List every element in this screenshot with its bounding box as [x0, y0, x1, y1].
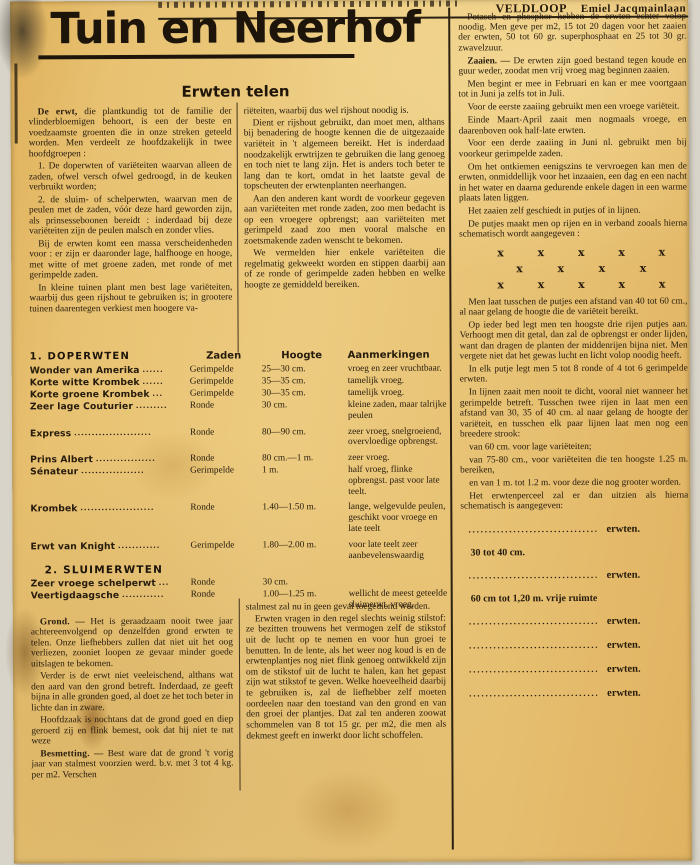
- table-row: Korte groene Krombek... Gerimpelde 30—35…: [30, 388, 447, 401]
- height-value: 1.00—1.25 m.: [261, 589, 345, 600]
- scheme-mark: x: [497, 247, 504, 258]
- leader-dots: ...: [153, 389, 188, 400]
- scheme-label: erwten.: [607, 688, 641, 699]
- paragraph-text: Voor een derde zaaiing in Juni nl. gebru…: [459, 138, 687, 159]
- paragraph: Op ieder bed legt men ten hoogste drie r…: [460, 319, 688, 362]
- paragraph: Erwten vragen in den regel slechts weini…: [246, 613, 447, 741]
- plot-scheme: .................................... erw…: [460, 523, 689, 700]
- seed-type: Ronde: [189, 578, 261, 589]
- paragraph-text: Aan den anderen kant wordt de voorkeur g…: [244, 193, 445, 246]
- scheme-mark: x: [659, 278, 666, 289]
- leader-dots: ............: [122, 590, 189, 601]
- paragraph-text: Men begint er mee in Februari en kan er …: [459, 78, 687, 99]
- leader-dots: .................: [96, 454, 188, 465]
- variety-name: Korte groene Krombek: [30, 389, 150, 401]
- paragraph: stalmest zal nu in geen geval toegediend…: [246, 601, 446, 612]
- paragraph-text: Men laat tusschen de putjes een afstand …: [459, 296, 687, 317]
- leader-dots: ..................: [81, 466, 188, 477]
- paragraph: Verder is de erwt niet veeleischend, alt…: [31, 671, 233, 714]
- table-row: Korte witte Krombek...... Gerimpelde 35—…: [30, 376, 447, 389]
- variety-name: Krombek: [30, 504, 77, 515]
- table-row: Prins Albert................. Ronde 80 c…: [30, 453, 447, 466]
- column-header-aanmerkingen: Aanmerkingen: [344, 350, 430, 361]
- height-value: 30—35 cm.: [260, 388, 344, 399]
- paragraph-text: In lijnen zaait men nooit te dicht, voor…: [460, 387, 688, 440]
- remarks: kleine zaden, maar talrijke peulen: [344, 400, 447, 422]
- article-subtitle: Erwten telen: [28, 82, 442, 102]
- leader-dots: ......: [143, 365, 188, 376]
- remarks: lange, welgevulde peulen, geschikt voor …: [344, 502, 447, 535]
- dotted-line: ....................................: [469, 571, 597, 582]
- paragraph-text: De putjes maakt men op rijen en in verba…: [459, 218, 687, 239]
- paragraph: In kleine tuinen plant men best lage var…: [29, 282, 232, 315]
- paragraph-text: Hoofdzaak is nochtans dat de grond goed …: [31, 715, 233, 747]
- table-row: Zeer lage Couturier......... Ronde 30 cm…: [30, 400, 447, 423]
- paragraph: Voor de eerste zaaiing gebruikt men een …: [459, 102, 687, 113]
- table-row: Erwt van Knight............ Gerimpelde 1…: [30, 539, 447, 562]
- scheme-label: erwten.: [607, 664, 641, 675]
- seed-type: Ronde: [188, 427, 260, 438]
- variety-name: Prins Albert: [30, 454, 93, 465]
- scheme-mark: x: [599, 263, 606, 274]
- leader-dots: .........: [136, 401, 188, 412]
- column-rule: [239, 598, 241, 790]
- paragraph: van 75-80 cm., voor variëteiten die ten …: [460, 454, 688, 476]
- leader-dots: ......: [143, 377, 188, 388]
- masthead-rule: [38, 54, 354, 59]
- paragraph-text: stalmest zal nu in geen geval toegediend…: [246, 601, 430, 612]
- right-column: Potasch en phosphor hebben de erwten ech…: [458, 9, 690, 856]
- paragraph: Om het ontkiemen eenigszins te vervroege…: [459, 161, 687, 204]
- leader-dots: ...: [159, 578, 189, 589]
- masthead: Tuin en Neerhof Erwten telen: [28, 6, 442, 102]
- height-value: 25—30 cm.: [260, 364, 344, 375]
- seed-type: Gerimpelde: [188, 466, 260, 477]
- paragraph: Het zaaien zelf geschiedt in putjes of i…: [459, 205, 687, 216]
- scheme-mark: x: [640, 262, 647, 273]
- remarks: zeer vroeg.: [344, 453, 447, 464]
- paragraph: Men laat tusschen de putjes een afstand …: [459, 296, 687, 318]
- scheme-mark: x: [557, 263, 564, 274]
- seed-type: Gerimpelde: [188, 364, 260, 375]
- height-value: 80 cm.—1 m.: [260, 453, 344, 464]
- leader-dots: ............: [118, 541, 188, 552]
- paragraph: Einde Maart-April zaait men nogmaals vro…: [459, 115, 687, 137]
- paragraph: De erwt, die plantkundig tot de familie …: [29, 106, 232, 160]
- paragraph: Bij de erwten komt een massa verscheiden…: [29, 238, 232, 281]
- scheme-mark: x: [659, 246, 666, 257]
- scheme-mark: x: [538, 279, 545, 290]
- dotted-line: ....................................: [468, 525, 596, 536]
- scheme-measure: 60 cm tot 1,20 m. vrije ruimte: [471, 592, 689, 604]
- seed-type: Ronde: [189, 590, 261, 601]
- paragraph: Aan den anderen kant wordt de voorkeur g…: [244, 193, 445, 247]
- paragraph: Besmetting. — Best ware dat de grond 't …: [31, 748, 233, 781]
- remarks: zeer vroeg, snelgroeiend, overvloedige o…: [344, 426, 447, 448]
- scheme-label: erwten.: [607, 616, 641, 627]
- scheme-mark: x: [578, 279, 585, 290]
- paragraph: en van 1 m. tot 1.2 m. voor deze die nog…: [460, 478, 688, 489]
- seed-type: Ronde: [188, 454, 260, 465]
- scheme-line: .................................... erw…: [469, 687, 689, 700]
- table-section-doperwten: 1. DOPERWTEN: [30, 351, 188, 363]
- remarks: half vroeg, flinke opbrengst. past voor …: [344, 465, 447, 498]
- variety-name: Zeer lage Couturier: [30, 401, 133, 412]
- table-row: Krombek..................... Ronde 1.40—…: [30, 502, 447, 536]
- paragraph-text: Op ieder bed legt men ten hoogste drie r…: [460, 319, 688, 361]
- scheme-line: .................................... erw…: [468, 523, 688, 536]
- paragraph: Men begint er mee in Februari en kan er …: [458, 78, 686, 100]
- paragraph-text: 2. de sluim- of schelperwten, waarvan me…: [29, 194, 232, 237]
- seed-type: Ronde: [188, 400, 260, 411]
- variety-name: Zeer vroege schelperwt: [31, 578, 156, 590]
- variety-name: Sénateur: [30, 466, 78, 477]
- paragraph: Hoofdzaak is nochtans dat de grond goed …: [31, 715, 233, 748]
- paragraph-lead: Zaaien. —: [467, 56, 510, 66]
- paragraph-text: Erwten vragen in den regel slechts weini…: [246, 613, 446, 741]
- paragraph-lead: De erwt,: [38, 107, 78, 117]
- height-value: 30 cm.: [260, 400, 344, 411]
- masthead-title: Tuin en Neerhof: [28, 6, 442, 53]
- variety-name: Erwt van Knight: [30, 541, 115, 552]
- paragraph-text: Potasch en phosphor hebben de erwten ech…: [458, 11, 686, 53]
- paragraph: 2. de sluim- of schelperwten, waarvan me…: [29, 194, 232, 237]
- paragraph-text: Bij de erwten komt een massa verscheiden…: [29, 238, 232, 281]
- height-value: 1.80—2.00 m.: [260, 540, 344, 551]
- paragraph-text: Voor de eerste zaaiing gebruikt men een …: [468, 102, 680, 113]
- seed-type: Gerimpelde: [188, 388, 260, 399]
- paragraph-lead: Besmetting. —: [40, 749, 103, 759]
- bottom-middle-column: stalmest zal nu in geen geval toegediend…: [246, 600, 447, 797]
- remarks: tamelijk vroeg.: [344, 388, 447, 399]
- scheme-line: .................................... erw…: [469, 615, 689, 628]
- remarks: tamelijk vroeg.: [344, 376, 447, 387]
- paragraph-text: Het erwtenperceel zal er dan uitzien als…: [460, 491, 688, 512]
- bottom-left-column: Grond. — Het is geraadzaam nooit twee ja…: [31, 615, 234, 794]
- leader-dots: .....................: [80, 503, 188, 514]
- newspaper-clipping: VELDLOOPEmiel Jacqmainlaan Tuin en Neerh…: [10, 0, 692, 863]
- height-value: 1 m.: [260, 465, 344, 476]
- scheme-label: erwten.: [607, 570, 641, 581]
- paragraph-text: en van 1 m. tot 1.2 m. voor deze die nog…: [469, 478, 681, 489]
- paragraph: Dient er rijshout gebruikt, dan moet men…: [244, 117, 445, 192]
- column-header-hoogte: Hoogte: [281, 350, 322, 361]
- table-row: Zeer vroege schelperwt... Ronde 30 cm.: [31, 577, 448, 590]
- scheme-line: .................................... erw…: [469, 569, 689, 582]
- dotted-line: ....................................: [469, 689, 597, 700]
- tear-mark: [14, 63, 17, 143]
- dotted-line: ....................................: [469, 617, 597, 628]
- scheme-label: erwten.: [606, 524, 640, 535]
- scheme-mark: x: [618, 246, 625, 257]
- paragraph: Voor een derde zaaiing in Juni nl. gebru…: [459, 138, 687, 160]
- scheme-row: xxxxx: [497, 246, 665, 258]
- scheme-mark: x: [538, 247, 545, 258]
- variety-name: Veertigdaagsche: [31, 590, 120, 601]
- intro-column-left: De erwt, die plantkundig tot de familie …: [29, 105, 233, 352]
- dotted-line: ....................................: [469, 641, 597, 652]
- table-row: Sénateur.................. Gerimpelde 1 …: [30, 465, 447, 499]
- paragraph: Grond. — Het is geraadzaam nooit twee ja…: [31, 616, 233, 670]
- scheme-mark: x: [516, 263, 523, 274]
- height-value: 80—90 cm.: [260, 427, 344, 438]
- scheme-row: xxxx: [497, 262, 665, 274]
- paragraph: De putjes maakt men op rijen en in verba…: [459, 218, 687, 240]
- paragraph: We vermelden hier enkele variëteiten die…: [244, 248, 445, 291]
- paragraph-text: Het zaaien zelf geschiedt in putjes of i…: [468, 206, 641, 217]
- table-section-sluimerwten: 2. SLUIMERWTEN: [45, 563, 448, 577]
- scheme-mark: x: [578, 247, 585, 258]
- column-rule: [237, 102, 239, 352]
- column-rule: [448, 8, 454, 850]
- paragraph: 1. De doperwten of variëteiten waarvan a…: [29, 161, 232, 194]
- variety-name: Wonder van Amerika: [30, 365, 140, 376]
- variety-name: Korte witte Krombek: [30, 377, 140, 388]
- scheme-line: .................................... erw…: [469, 663, 689, 676]
- scheme-label: erwten.: [607, 640, 641, 651]
- paragraph-text: 1. De doperwten of variëteiten waarvan a…: [29, 161, 232, 193]
- paragraph-text: In elk putje legt men 5 tot 8 ronde of 4…: [460, 364, 688, 385]
- paragraph-text: van 75-80 cm., voor variëteiten die ten …: [460, 454, 688, 475]
- paragraph-lead: Grond. —: [40, 617, 85, 627]
- scheme-measure: 30 tot 40 cm.: [471, 546, 689, 558]
- seed-type: Gerimpelde: [188, 540, 260, 551]
- table-header-row: 1. DOPERWTEN Zaden Hoogte Aanmerkingen: [30, 350, 447, 363]
- paragraph-text: Einde Maart-April zaait men nogmaals vro…: [459, 115, 687, 136]
- paragraph: In lijnen zaait men nooit te dicht, voor…: [460, 387, 688, 440]
- seed-type: Gerimpelde: [188, 376, 260, 387]
- paragraph-text: Dient er rijshout gebruikt, dan moet men…: [244, 117, 445, 192]
- table-row: Wonder van Amerika...... Gerimpelde 25—3…: [30, 364, 447, 377]
- paragraph-text: Verder is de erwt niet veeleischend, alt…: [31, 671, 233, 714]
- paragraph: Het erwtenperceel zal er dan uitzien als…: [460, 491, 688, 513]
- intro-column-right: riëteiten, waarbij dus wel rijshout nood…: [244, 104, 446, 351]
- paragraph: Zaaien. — De erwten zijn goed bestand te…: [458, 55, 686, 77]
- paragraph: Potasch en phosphor hebben de erwten ech…: [458, 11, 686, 54]
- remarks: voor late teelt zeer aanbevelenswaardig: [344, 539, 447, 561]
- scheme-mark: x: [618, 278, 625, 289]
- height-value: 30 cm.: [261, 577, 345, 588]
- paragraph: riëteiten, waarbij dus wel rijshout nood…: [244, 105, 445, 117]
- height-value: 35—35 cm.: [260, 376, 344, 387]
- paragraph-text: In kleine tuinen plant men best lage var…: [29, 282, 232, 314]
- scheme-line: .................................... erw…: [469, 639, 689, 652]
- variety-name: Express: [30, 428, 71, 439]
- seed-type: Ronde: [188, 503, 260, 514]
- varieties-table: 1. DOPERWTEN Zaden Hoogte Aanmerkingen W…: [30, 350, 448, 616]
- dotted-line: ....................................: [469, 665, 597, 676]
- scheme-row: xxxxx: [497, 278, 665, 290]
- height-value: 1.40—1.50 m.: [260, 502, 344, 513]
- remarks: vroeg en zeer vruchtbaar.: [344, 364, 447, 375]
- leader-dots: ......................: [74, 427, 188, 438]
- scheme-mark: x: [497, 279, 504, 290]
- paragraph: van 60 cm. voor lage variëteiten;: [460, 441, 688, 452]
- table-row: Express...................... Ronde 80—9…: [30, 426, 447, 449]
- planting-scheme: xxxxx xxxx xxxxx: [497, 246, 665, 290]
- paragraph-text: riëteiten, waarbij dus wel rijshout nood…: [244, 105, 409, 116]
- column-header-zaden: Zaden: [206, 350, 241, 361]
- paragraph-text: van 60 cm. voor lage variëteiten;: [469, 442, 591, 453]
- paragraph: In elk putje legt men 5 tot 8 ronde of 4…: [460, 364, 688, 386]
- paragraph-text: We vermelden hier enkele variëteiten die…: [244, 248, 445, 291]
- scanned-newspaper-page: VELDLOOPEmiel Jacqmainlaan Tuin en Neerh…: [0, 0, 700, 865]
- paragraph-text: Om het ontkiemen eenigszins te vervroege…: [459, 161, 687, 203]
